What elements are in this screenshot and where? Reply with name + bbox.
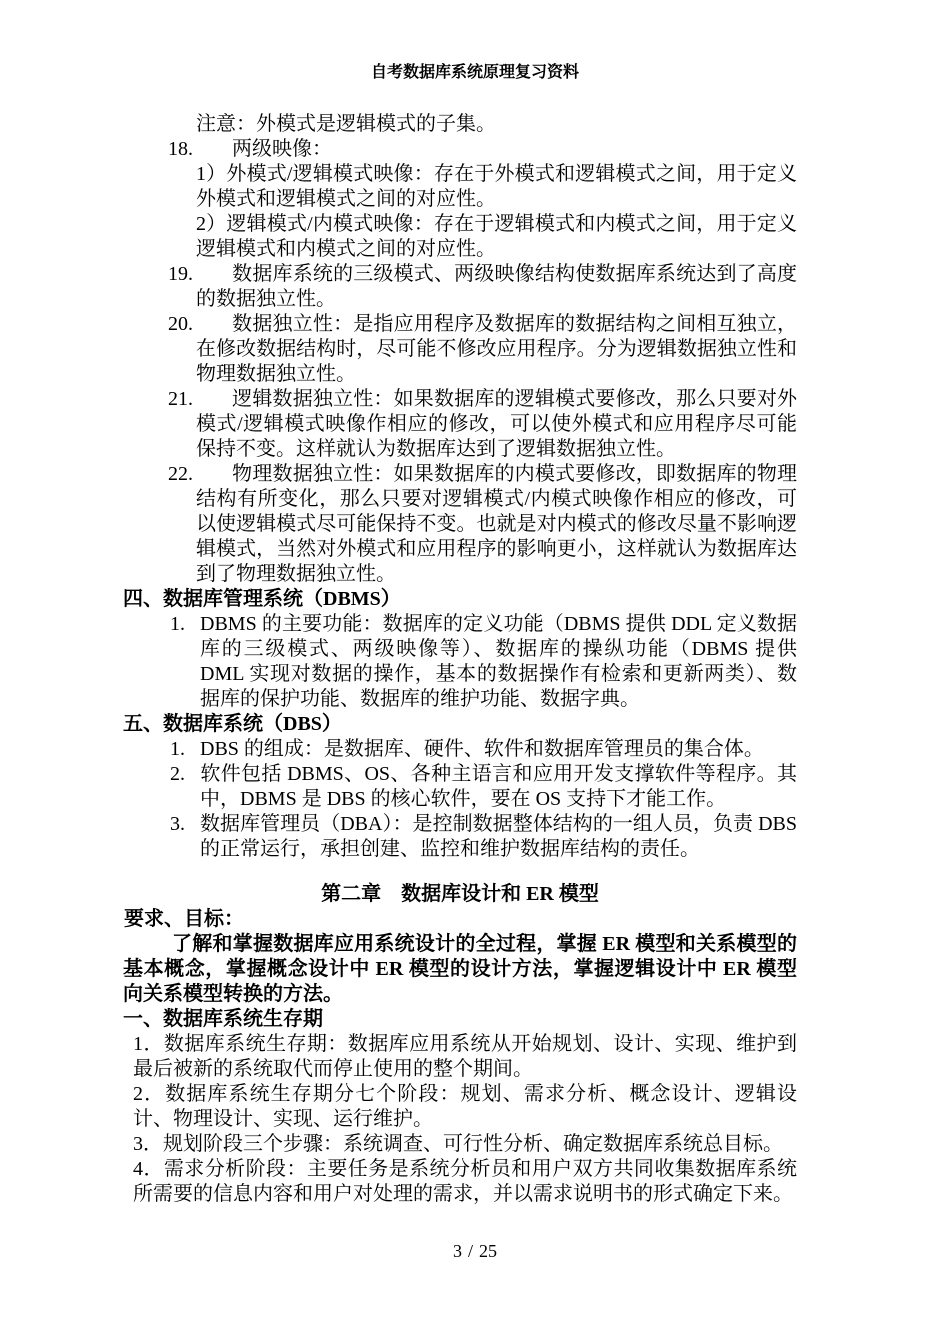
item-number: 1．	[133, 1033, 164, 1055]
lifecycle-item-3: 3．规划阶段三个步骤：系统调查、可行性分析、确定数据库系统总目标。	[133, 1132, 797, 1157]
total-pages: 25	[479, 1241, 497, 1261]
lifecycle-item-2: 2．数据库系统生存期分七个阶段：规划、需求分析、概念设计、逻辑设计、物理设计、实…	[133, 1082, 797, 1132]
page-number-indicator: 3/25	[0, 1240, 950, 1262]
page-title: 自考数据库系统原理复习资料	[0, 63, 950, 83]
list-item-21: 21.逻辑数据独立性：如果数据库的逻辑模式要修改，那么只要对外模式/逻辑模式映像…	[123, 387, 797, 462]
document-page: 自考数据库系统原理复习资料 注意：外模式是逻辑模式的子集。 18.两级映像： 1…	[0, 0, 950, 1341]
item-text: 规划阶段三个步骤：系统调查、可行性分析、确定数据库系统总目标。	[163, 1133, 783, 1155]
dbs-item-3: 3.数据库管理员（DBA）：是控制数据整体结构的一组人员，负责 DBS 的正常运…	[123, 812, 797, 862]
list-item-number: 19.	[168, 262, 232, 287]
item-text: 软件包括 DBMS、OS、各种主语言和应用开发支撑软件等程序。其中，DBMS 是…	[200, 763, 797, 810]
dbs-item-2: 2.软件包括 DBMS、OS、各种主语言和应用开发支撑软件等程序。其中，DBMS…	[123, 762, 797, 812]
sub-paragraph-1: 1）外模式/逻辑模式映像：存在于外模式和逻辑模式之间，用于定义外模式和逻辑模式之…	[196, 162, 797, 212]
section-heading-lifecycle: 一、数据库系统生存期	[123, 1007, 797, 1032]
sub-paragraph-2: 2）逻辑模式/内模式映像：存在于逻辑模式和内模式之间，用于定义逻辑模式和内模式之…	[196, 212, 797, 262]
list-item-19: 19.数据库系统的三级模式、两级映像结构使数据库系统达到了高度的数据独立性。	[123, 262, 797, 312]
item-text: 需求分析阶段：主要任务是系统分析员和用户双方共同收集数据库系统所需要的信息内容和…	[133, 1158, 797, 1205]
lifecycle-item-4: 4．需求分析阶段：主要任务是系统分析员和用户双方共同收集数据库系统所需要的信息内…	[133, 1157, 797, 1207]
item-text: 数据库系统生存期分七个阶段：规划、需求分析、概念设计、逻辑设计、物理设计、实现、…	[133, 1083, 797, 1130]
list-item-20: 20.数据独立性：是指应用程序及数据库的数据结构之间相互独立，在修改数据结构时，…	[123, 312, 797, 387]
item-number: 4．	[133, 1158, 164, 1180]
list-item-22: 22.物理数据独立性：如果数据库的内模式要修改，即数据库的物理结构有所变化，那么…	[123, 462, 797, 587]
list-item-text: 两级映像：	[232, 138, 332, 160]
note-paragraph: 注意：外模式是逻辑模式的子集。	[196, 112, 797, 137]
item-text: DBS 的组成：是数据库、硬件、软件和数据库管理员的集合体。	[200, 738, 764, 760]
item-text: DBMS 的主要功能：数据库的定义功能（DBMS 提供 DDL 定义数据库的三级…	[200, 613, 797, 710]
goals-label: 要求、目标：	[124, 907, 797, 932]
item-number: 1.	[170, 737, 200, 762]
item-number: 2．	[133, 1083, 165, 1105]
list-item-text: 逻辑数据独立性：如果数据库的逻辑模式要修改，那么只要对外模式/逻辑模式映像作相应…	[196, 388, 797, 460]
current-page: 3	[453, 1241, 462, 1261]
list-item-number: 22.	[168, 462, 232, 487]
item-number: 3．	[133, 1133, 163, 1155]
item-text: 数据库系统生存期：数据库应用系统从开始规划、设计、实现、维护到最后被新的系统取代…	[133, 1033, 797, 1080]
item-number: 3.	[170, 812, 200, 837]
list-item-18: 18.两级映像：	[123, 137, 797, 162]
list-item-text: 物理数据独立性：如果数据库的内模式要修改，即数据库的物理结构有所变化，那么只要对…	[196, 463, 797, 585]
lifecycle-item-1: 1．数据库系统生存期：数据库应用系统从开始规划、设计、实现、维护到最后被新的系统…	[133, 1032, 797, 1082]
list-item-text: 数据库系统的三级模式、两级映像结构使数据库系统达到了高度的数据独立性。	[196, 263, 797, 310]
page-separator: /	[462, 1241, 479, 1261]
list-item-text: 数据独立性：是指应用程序及数据库的数据结构之间相互独立，在修改数据结构时，尽可能…	[196, 313, 797, 385]
chapter-heading: 第二章 数据库设计和 ER 模型	[123, 882, 797, 907]
list-item-number: 18.	[168, 137, 232, 162]
list-item-number: 20.	[168, 312, 232, 337]
item-number: 2.	[170, 762, 200, 787]
dbs-item-1: 1.DBS 的组成：是数据库、硬件、软件和数据库管理员的集合体。	[123, 737, 797, 762]
section-heading-dbms: 四、数据库管理系统（DBMS）	[123, 587, 797, 612]
item-text: 数据库管理员（DBA）：是控制数据整体结构的一组人员，负责 DBS 的正常运行，…	[200, 813, 797, 860]
list-item-number: 21.	[168, 387, 232, 412]
section-heading-dbs: 五、数据库系统（DBS）	[123, 712, 797, 737]
goals-paragraph: 了解和掌握数据库应用系统设计的全过程，掌握 ER 模型和关系模型的基本概念，掌握…	[123, 932, 797, 1007]
item-number: 1.	[170, 612, 200, 637]
dbms-item-1: 1.DBMS 的主要功能：数据库的定义功能（DBMS 提供 DDL 定义数据库的…	[123, 612, 797, 712]
